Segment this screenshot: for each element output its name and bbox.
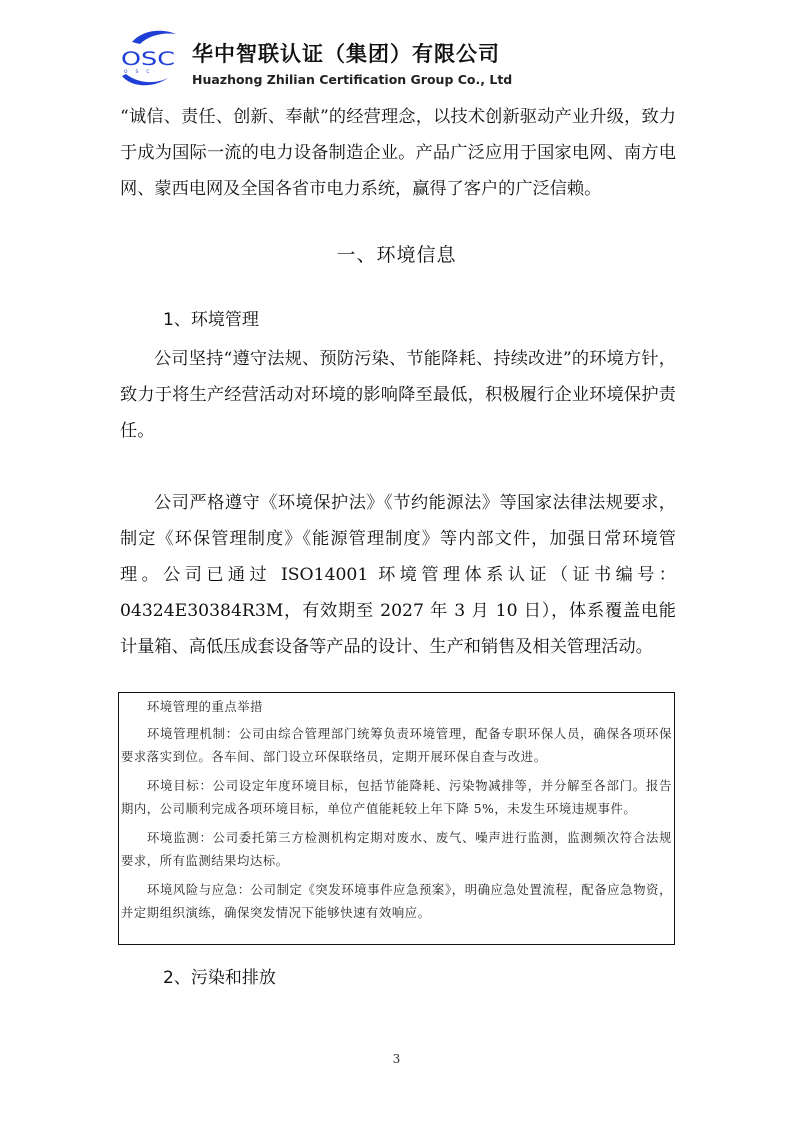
osc-logo-icon: OSC OSC [118, 28, 180, 90]
company-name-en: Huazhong Zhilian Certification Group Co.… [192, 72, 512, 87]
intro-paragraph: “诚信、责任、创新、奉献”的经营理念，以技术创新驱动产业升级，致力于成为国际一流… [120, 99, 676, 207]
section-title: 一、环境信息 [0, 240, 793, 267]
svg-text:OSC: OSC [121, 48, 175, 70]
document-header: OSC OSC 华中智联认证（集团）有限公司 Huazhong Zhilian … [118, 28, 538, 98]
subsection-title-pollution-emissions: 2、污染和排放 [163, 963, 276, 988]
environment-policy-paragraph: 公司坚持“遵守法规、预防污染、节能降耗、持续改进”的环境方针，致力于将生产经营活… [120, 341, 676, 449]
measure-item: 环境风险与应急：公司制定《突发环境事件应急预案》，明确应急处置流程，配备应急物资… [121, 879, 672, 925]
page-number: 3 [0, 1052, 793, 1066]
measure-item: 环境目标：公司设定年度环境目标，包括节能降耗、污染物减排等，并分解至各部门。报告… [121, 775, 672, 821]
regulations-paragraph: 公司严格遵守《环境保护法》《节约能源法》等国家法律法规要求，制定《环保管理制度》… [120, 485, 676, 665]
measure-item: 环境监测：公司委托第三方检测机构定期对废水、废气、噪声进行监测，监测频次符合法规… [121, 827, 672, 873]
subsection-title-environment-management: 1、环境管理 [163, 305, 259, 330]
key-measures-box: 环境管理的重点举措 环境管理机制：公司由综合管理部门统筹负责环境管理，配备专职环… [118, 692, 675, 945]
company-name-cn: 华中智联认证（集团）有限公司 [192, 38, 500, 68]
measure-item: 环境管理机制：公司由综合管理部门统筹负责环境管理，配备专职环保人员，确保各项环保… [121, 723, 672, 769]
svg-text:OSC: OSC [124, 69, 158, 75]
key-measures-title: 环境管理的重点举措 [121, 696, 672, 719]
